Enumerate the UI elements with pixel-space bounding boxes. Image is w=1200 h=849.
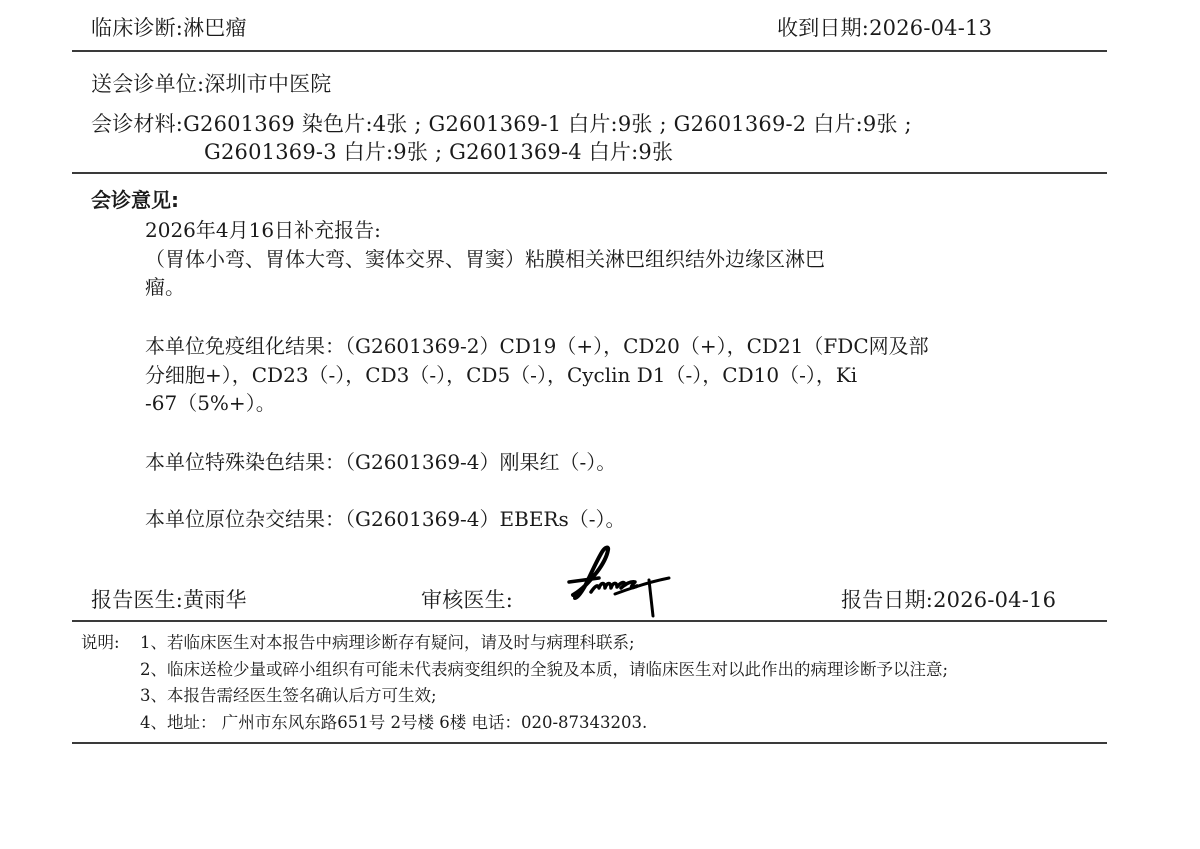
ish-result: 本单位原位杂交结果：（G2601369-4）EBERs（-）。 — [145, 505, 626, 534]
submitting-unit: 送会诊单位:深圳市中医院 — [91, 70, 331, 98]
divider-header — [72, 50, 1107, 52]
reporting-doctor-value: 黄雨华 — [183, 588, 247, 612]
report-date-value: 2026-04-16 — [933, 588, 1056, 612]
consult-materials: 会诊材料:G2601369 染色片:4张 ; G2601369-1 白片:9张 … — [91, 110, 912, 138]
reporting-doctor: 报告医生:黄雨华 — [91, 586, 247, 614]
consult-materials-label: 会诊材料: — [91, 112, 183, 136]
opinion-body: 2026年4月16日补充报告: （胃体小弯、胃体大弯、窦体交界、胃窦）粘膜相关淋… — [145, 216, 825, 302]
note-item-2: 2、临床送检少量或碎小组织有可能未代表病变组织的全貌及本质，请临床医生对以此作出… — [140, 657, 948, 684]
note-item-3: 3、本报告需经医生签名确认后方可生效; — [140, 683, 948, 710]
ihc-line-3: -67（5%+）。 — [145, 389, 929, 418]
notes-label: 说明: — [81, 630, 120, 657]
diagnosis-line-2: 瘤。 — [145, 273, 825, 302]
clinical-diagnosis-value: 淋巴瘤 — [183, 16, 247, 40]
note-item-4: 4、地址： 广州市东风东路651号 2号楼 6楼 电话：020-87343203… — [140, 710, 948, 737]
opinion-heading: 会诊意见: — [91, 186, 179, 215]
report-date-label: 报告日期: — [841, 588, 933, 612]
divider-footer — [72, 742, 1107, 744]
special-stain-result: 本单位特殊染色结果：（G2601369-4）刚果红（-）。 — [145, 448, 616, 477]
divider-signoff — [72, 620, 1107, 622]
supplement-title: 2026年4月16日补充报告: — [145, 216, 825, 245]
consult-materials-line1: G2601369 染色片:4张 ; G2601369-1 白片:9张 ; G26… — [183, 112, 912, 136]
received-date-value: 2026-04-13 — [869, 16, 992, 40]
notes-list: 1、若临床医生对本报告中病理诊断存有疑问，请及时与病理科联系; 2、临床送检少量… — [140, 630, 948, 736]
received-date-label: 收到日期: — [777, 16, 869, 40]
ihc-line-1: 本单位免疫组化结果：（G2601369-2）CD19（+），CD20（+），CD… — [145, 332, 929, 361]
submitting-unit-value: 深圳市中医院 — [204, 72, 331, 96]
reviewing-doctor-label: 审核医生: — [421, 586, 513, 614]
diagnosis-line-1: （胃体小弯、胃体大弯、窦体交界、胃窦）粘膜相关淋巴组织结外边缘区淋巴 — [145, 245, 825, 274]
consult-materials-line2: G2601369-3 白片:9张 ; G2601369-4 白片:9张 — [204, 138, 673, 166]
note-item-1: 1、若临床医生对本报告中病理诊断存有疑问，请及时与病理科联系; — [140, 630, 948, 657]
divider-materials — [72, 172, 1107, 174]
clinical-diagnosis-label: 临床诊断: — [91, 16, 183, 40]
received-date: 收到日期:2026-04-13 — [777, 14, 992, 42]
clinical-diagnosis: 临床诊断:淋巴瘤 — [91, 14, 247, 42]
ihc-results: 本单位免疫组化结果：（G2601369-2）CD19（+），CD20（+），CD… — [145, 332, 929, 418]
submitting-unit-label: 送会诊单位: — [91, 72, 204, 96]
reporting-doctor-label: 报告医生: — [91, 588, 183, 612]
ihc-line-2: 分细胞+），CD23（-），CD3（-），CD5（-），Cyclin D1（-）… — [145, 361, 929, 390]
report-date: 报告日期:2026-04-16 — [841, 586, 1056, 614]
reviewing-doctor-signature — [565, 542, 675, 620]
